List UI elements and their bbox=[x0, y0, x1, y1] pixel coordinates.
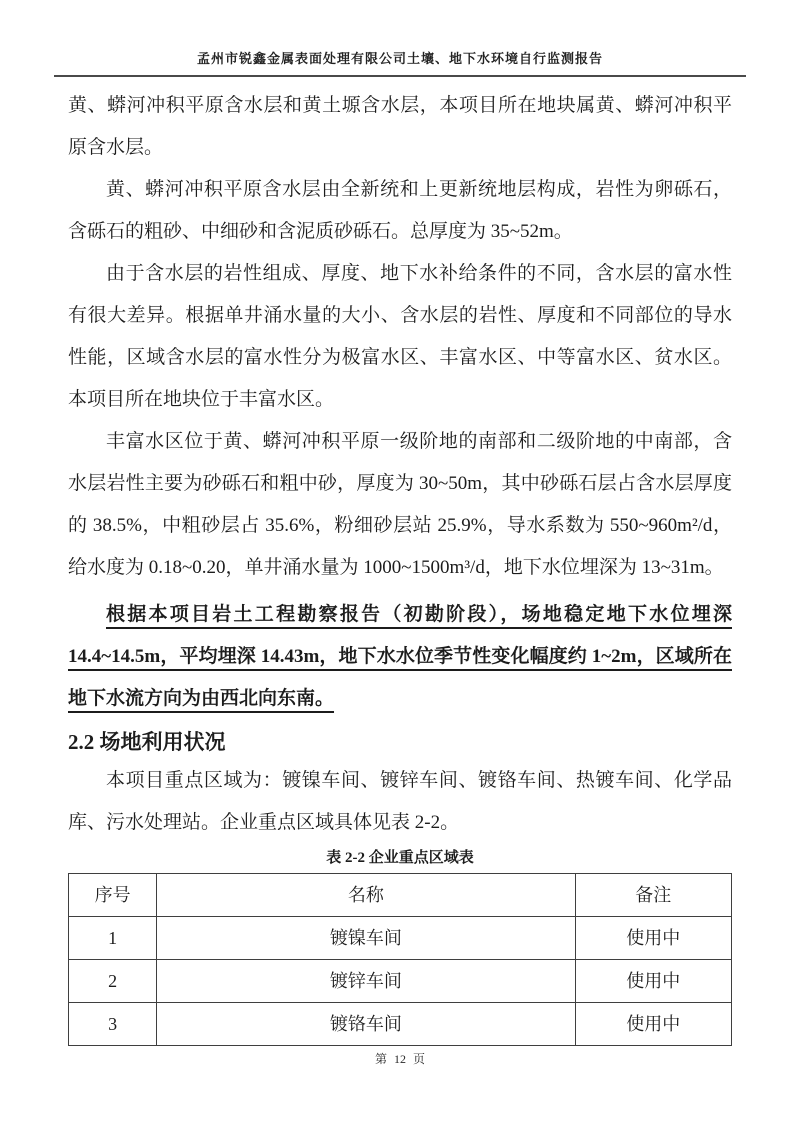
paragraph-water-richness: 由于含水层的岩性组成、厚度、地下水补给条件的不同，含水层的富水性有很大差异。根据… bbox=[68, 253, 732, 421]
cell-index: 3 bbox=[69, 1003, 157, 1046]
page-content: 黄、蟒河冲积平原含水层和黄土塬含水层，本项目所在地块属黄、蟒河冲积平原含水层。 … bbox=[68, 85, 732, 1046]
cell-name: 镀锌车间 bbox=[157, 960, 575, 1003]
document-page: 孟州市锐鑫金属表面处理有限公司土壤、地下水环境自行监测报告 黄、蟒河冲积平原含水… bbox=[0, 0, 800, 1132]
paragraph-rich-water-zone: 丰富水区位于黄、蟒河冲积平原一级阶地的南部和二级阶地的中南部，含水层岩性主要为砂… bbox=[68, 421, 732, 589]
paragraph-aquifer-intro: 黄、蟒河冲积平原含水层和黄土塬含水层，本项目所在地块属黄、蟒河冲积平原含水层。 bbox=[68, 85, 732, 169]
paragraph-aquifer-composition: 黄、蟒河冲积平原含水层由全新统和上更新统地层构成，岩性为卵砾石，含砾石的粗砂、中… bbox=[68, 169, 732, 253]
section-heading-2-2: 2.2 场地利用状况 bbox=[68, 724, 732, 760]
page-number: 第 12 页 bbox=[0, 1050, 800, 1067]
table-row: 2 镀锌车间 使用中 bbox=[69, 960, 732, 1003]
paragraph-key-areas: 本项目重点区域为：镀镍车间、镀锌车间、镀铬车间、热镀车间、化学品库、污水处理站。… bbox=[68, 760, 732, 844]
cell-name: 镀镍车间 bbox=[157, 917, 575, 960]
cell-note: 使用中 bbox=[575, 960, 731, 1003]
cell-name: 镀铬车间 bbox=[157, 1003, 575, 1046]
cell-note: 使用中 bbox=[575, 917, 731, 960]
cell-index: 2 bbox=[69, 960, 157, 1003]
table-header-name: 名称 bbox=[157, 874, 575, 917]
table-header-index: 序号 bbox=[69, 874, 157, 917]
cell-index: 1 bbox=[69, 917, 157, 960]
table-header-row: 序号 名称 备注 bbox=[69, 874, 732, 917]
running-header: 孟州市锐鑫金属表面处理有限公司土壤、地下水环境自行监测报告 bbox=[54, 0, 746, 77]
cell-note: 使用中 bbox=[575, 1003, 731, 1046]
table-row: 3 镀铬车间 使用中 bbox=[69, 1003, 732, 1046]
table-caption: 表 2-2 企业重点区域表 bbox=[68, 848, 732, 868]
table-row: 1 镀镍车间 使用中 bbox=[69, 917, 732, 960]
key-area-table: 序号 名称 备注 1 镀镍车间 使用中 2 镀锌车间 使用中 3 bbox=[68, 873, 732, 1046]
paragraph-survey-conclusion: 根据本项目岩土工程勘察报告（初勘阶段），场地稳定地下水位埋深 14.4~14.5… bbox=[68, 594, 732, 720]
table-header-note: 备注 bbox=[575, 874, 731, 917]
document-title: 孟州市锐鑫金属表面处理有限公司土壤、地下水环境自行监测报告 bbox=[197, 51, 603, 66]
